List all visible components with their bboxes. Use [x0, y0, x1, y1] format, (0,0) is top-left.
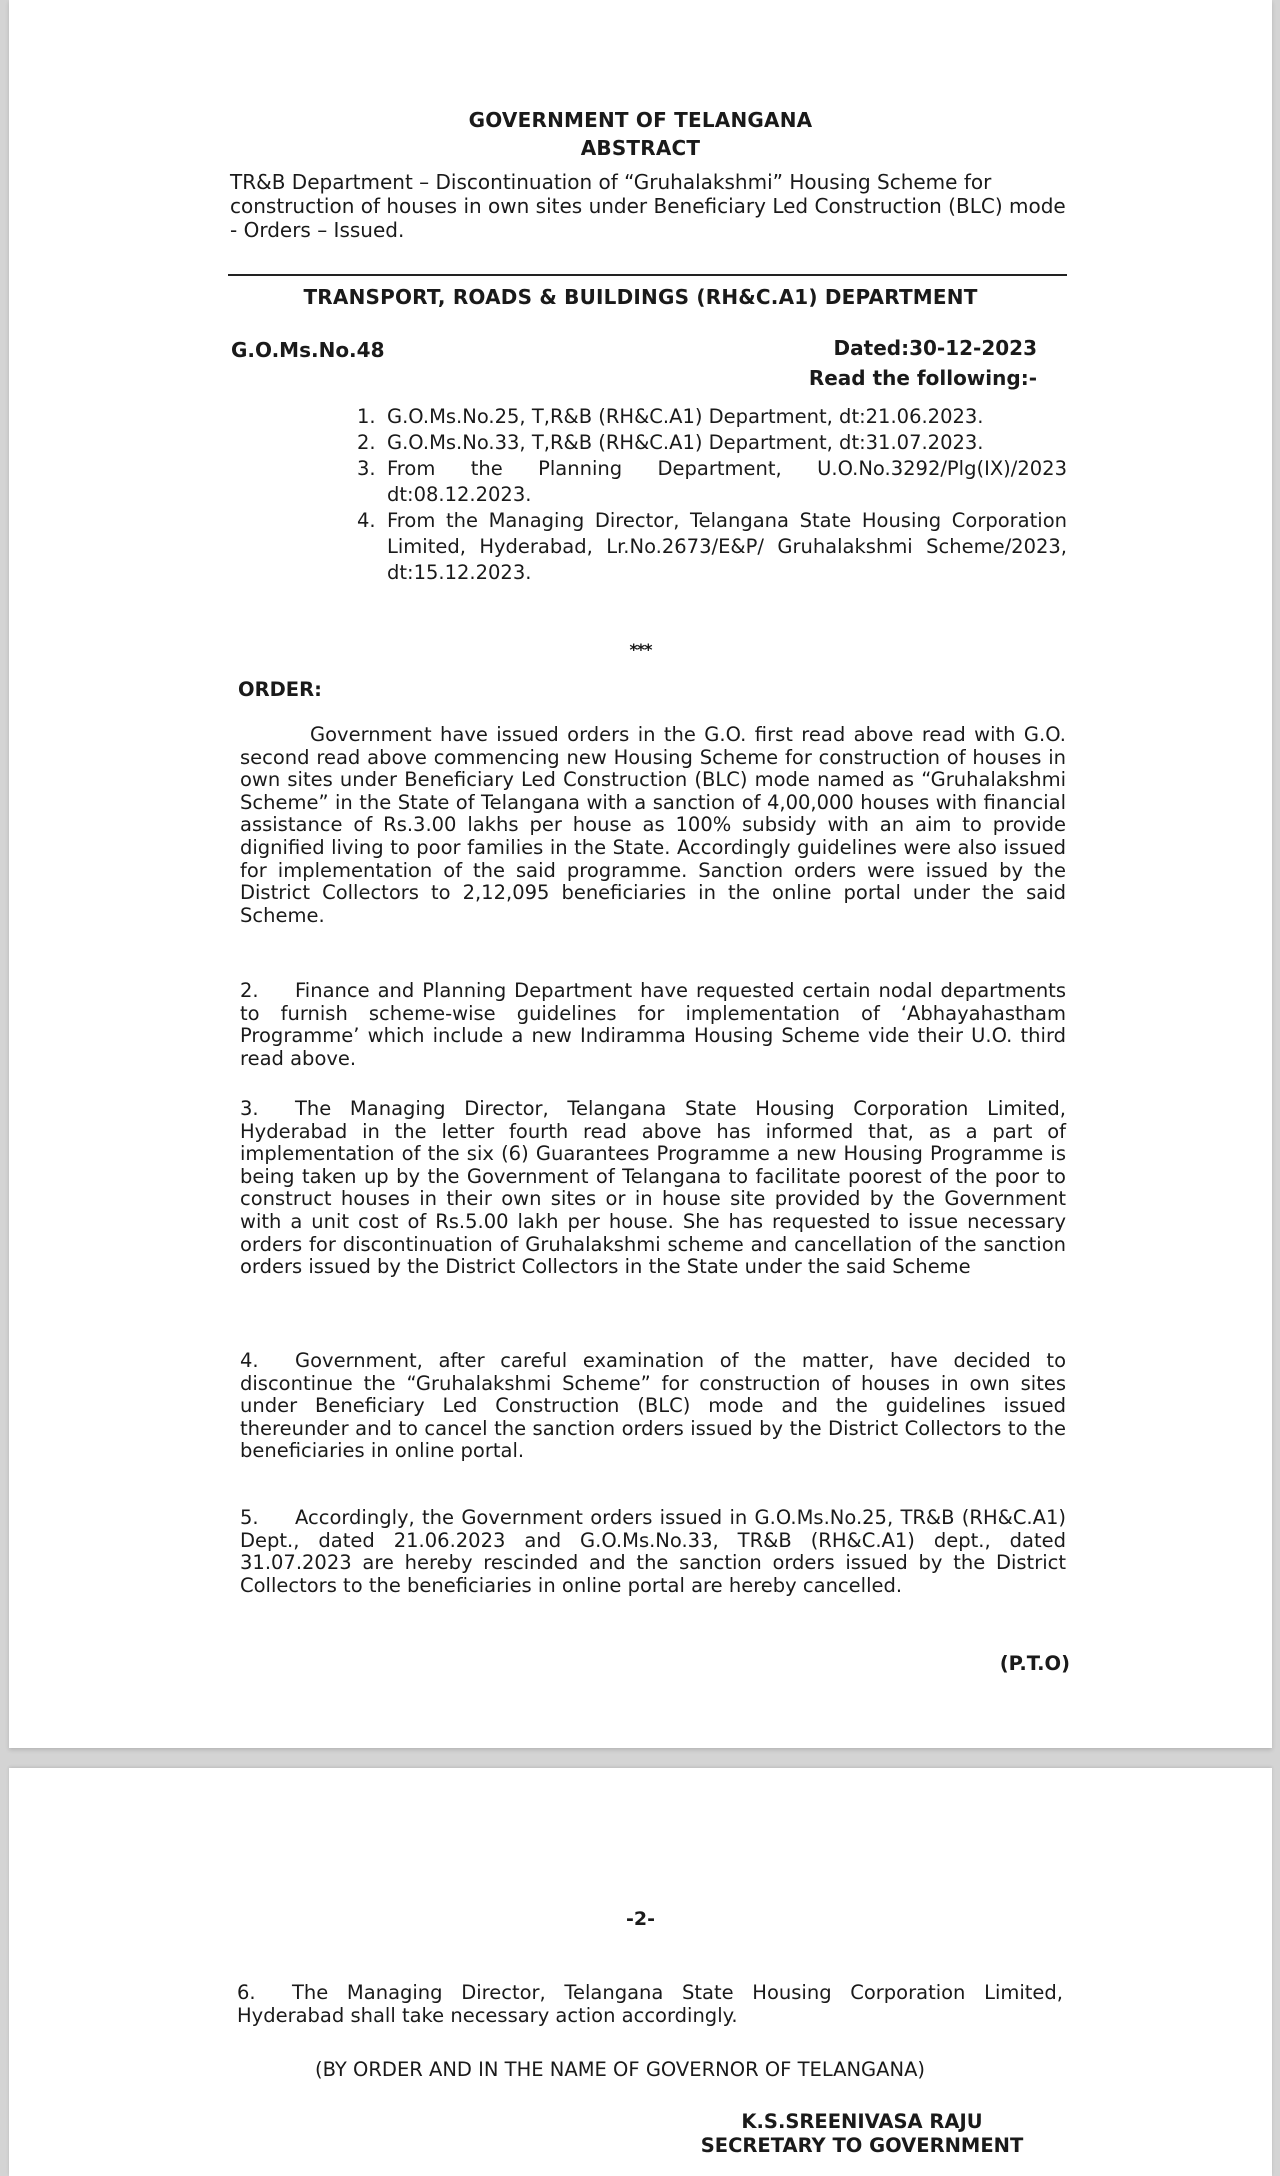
by-order-line: (BY ORDER AND IN THE NAME OF GOVERNOR OF…	[315, 2058, 925, 2081]
reference-text: From the Planning Department, U.O.No.329…	[387, 457, 1067, 506]
reference-text: From the Managing Director, Telangana St…	[387, 509, 1067, 584]
reference-text: G.O.Ms.No.33, T,R&B (RH&C.A1) Department…	[387, 431, 984, 454]
pto-marker: (P.T.O)	[1000, 1652, 1070, 1675]
paragraph-text: The Managing Director, Telangana State H…	[237, 1981, 1063, 2027]
document-page-1: GOVERNMENT OF TELANGANA ABSTRACT TR&B De…	[9, 0, 1272, 1748]
order-paragraph-6: 6.The Managing Director, Telangana State…	[237, 1982, 1063, 2027]
read-following-label: Read the following:-	[809, 366, 1037, 390]
paragraph-number: 5.	[240, 1507, 295, 1530]
page-number: -2-	[9, 1908, 1272, 1930]
paragraph-number: 4.	[240, 1350, 295, 1373]
go-date: Dated:30-12-2023	[834, 336, 1037, 360]
paragraph-number: 3.	[240, 1098, 295, 1121]
government-title: GOVERNMENT OF TELANGANA	[9, 108, 1272, 132]
order-paragraph-4: 4.Government, after careful examination …	[240, 1350, 1066, 1463]
paragraph-number: 6.	[237, 1982, 292, 2005]
reference-item: 2.G.O.Ms.No.33, T,R&B (RH&C.A1) Departme…	[357, 430, 1067, 456]
go-number: G.O.Ms.No.48	[231, 338, 385, 362]
signatory-title: SECRETARY TO GOVERNMENT	[692, 2134, 1032, 2157]
paragraph-number: 2.	[240, 980, 295, 1003]
order-paragraph-3: 3.The Managing Director, Telangana State…	[240, 1098, 1066, 1279]
paragraph-text: Accordingly, the Government orders issue…	[240, 1506, 1066, 1597]
abstract-label: ABSTRACT	[9, 136, 1272, 160]
reference-number: 2.	[357, 430, 376, 456]
document-page-2: -2- 6.The Managing Director, Telangana S…	[9, 1768, 1272, 2176]
references-list: 1.G.O.Ms.No.25, T,R&B (RH&C.A1) Departme…	[357, 404, 1067, 586]
paragraph-text: Government, after careful examination of…	[240, 1349, 1066, 1462]
order-paragraph-1: Government have issued orders in the G.O…	[240, 724, 1066, 927]
reference-item: 3.From the Planning Department, U.O.No.3…	[357, 456, 1067, 508]
paragraph-text: The Managing Director, Telangana State H…	[240, 1097, 1066, 1278]
order-paragraph-5: 5.Accordingly, the Government orders iss…	[240, 1507, 1066, 1597]
reference-number: 3.	[357, 456, 376, 482]
department-name: TRANSPORT, ROADS & BUILDINGS (RH&C.A1) D…	[9, 285, 1272, 309]
reference-text: G.O.Ms.No.25, T,R&B (RH&C.A1) Department…	[387, 405, 984, 428]
subject-line: TR&B Department – Discontinuation of “Gr…	[230, 170, 1066, 242]
reference-item: 4.From the Managing Director, Telangana …	[357, 508, 1067, 586]
section-separator: ***	[9, 640, 1272, 659]
order-paragraph-2: 2.Finance and Planning Department have r…	[240, 980, 1066, 1070]
order-heading: ORDER:	[238, 678, 322, 701]
reference-number: 1.	[357, 404, 376, 430]
paragraph-text: Finance and Planning Department have req…	[240, 979, 1066, 1070]
signatory-name: K.S.SREENIVASA RAJU	[692, 2110, 1032, 2133]
reference-number: 4.	[357, 508, 376, 534]
header-divider	[228, 274, 1067, 276]
paragraph-text: Government have issued orders in the G.O…	[240, 723, 1066, 927]
reference-item: 1.G.O.Ms.No.25, T,R&B (RH&C.A1) Departme…	[357, 404, 1067, 430]
